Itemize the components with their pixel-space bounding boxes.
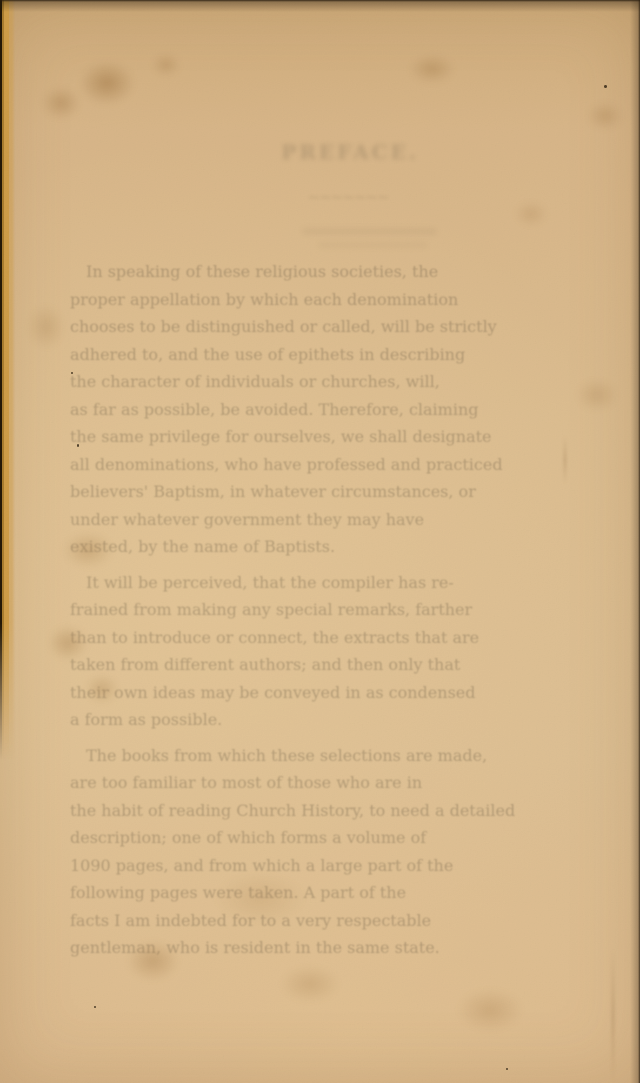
stain <box>444 980 536 1040</box>
stain <box>34 80 88 126</box>
stain <box>52 524 124 576</box>
speck <box>506 1068 508 1070</box>
speck <box>94 1006 96 1008</box>
stain <box>146 48 186 82</box>
stain <box>116 932 190 990</box>
showthrough-body: In speaking of these religious societies… <box>70 258 570 962</box>
showthrough-paragraph-1: In speaking of these religious societies… <box>70 258 570 561</box>
speck <box>71 372 73 374</box>
page-gutter-edge <box>0 0 15 760</box>
crease <box>564 436 566 484</box>
showthrough-ornament: ~~~~~~~ <box>70 188 570 206</box>
stain <box>40 618 96 668</box>
stain <box>400 48 464 90</box>
showthrough-paragraph-3: The books from which these selections ar… <box>70 742 570 962</box>
showthrough-smudge <box>318 242 428 248</box>
stain <box>580 96 630 136</box>
speck <box>77 444 79 447</box>
showthrough-text-block: PREFACE. ~~~~~~~ In speaking of these re… <box>70 140 570 970</box>
stain <box>78 668 126 710</box>
stain <box>568 372 626 418</box>
speck <box>604 85 607 88</box>
page-top-edge <box>0 0 640 12</box>
showthrough-heading: PREFACE. <box>70 140 570 164</box>
stain <box>196 862 324 934</box>
stain <box>20 296 72 358</box>
showthrough-smudge <box>302 228 437 235</box>
crease <box>612 948 614 1083</box>
stain <box>268 958 352 1010</box>
showthrough-paragraph-2: It will be perceived, that the compiler … <box>70 569 570 734</box>
page-right-edge <box>630 0 640 1083</box>
book-page: PREFACE. ~~~~~~~ In speaking of these re… <box>0 0 640 1083</box>
stain <box>508 196 554 232</box>
